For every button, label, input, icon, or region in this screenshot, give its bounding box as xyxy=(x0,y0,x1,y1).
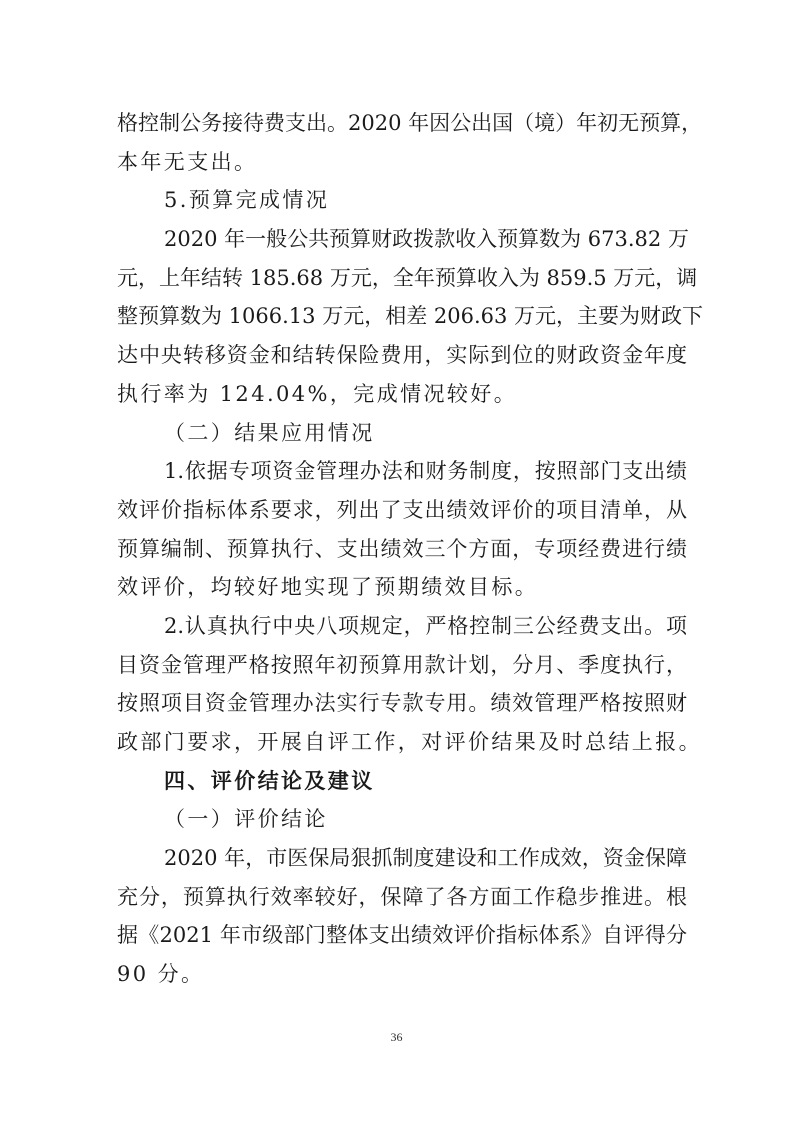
text-line: 2020 年，市医保局狠抓制度建设和工作成效，资金保障 xyxy=(117,839,687,878)
text-line: 政部门要求，开展自评工作，对评价结果及时总结上报。 xyxy=(117,723,687,762)
text-line: 本年无支出。 xyxy=(117,143,687,182)
subsection-heading-evaluation-conclusion: （一）评价结论 xyxy=(117,800,687,839)
document-body: 格控制公务接待费支出。2020 年因公出国（境）年初无预算， 本年无支出。 5.… xyxy=(117,104,687,994)
text-line: 整预算数为 1066.13 万元，相差 206.63 万元，主要为财政下 xyxy=(117,297,687,336)
text-line: 预算编制、预算执行、支出绩效三个方面，专项经费进行绩 xyxy=(117,530,687,569)
text-line: 充分，预算执行效率较好，保障了各方面工作稳步推进。根 xyxy=(117,878,687,917)
text-line: 按照项目资金管理办法实行专款专用。绩效管理严格按照财 xyxy=(117,684,687,723)
text-line: 据《2021 年市级部门整体支出绩效评价指标体系》自评得分 xyxy=(117,916,687,955)
text-line: 达中央转移资金和结转保险费用，实际到位的财政资金年度 xyxy=(117,336,687,375)
text-line: 2020 年一般公共预算财政拨款收入预算数为 673.82 万 xyxy=(117,220,687,259)
text-line: 格控制公务接待费支出。2020 年因公出国（境）年初无预算， xyxy=(117,104,687,143)
text-line: 元，上年结转 185.68 万元，全年预算收入为 859.5 万元，调 xyxy=(117,259,687,298)
text-line: 1.依据专项资金管理办法和财务制度，按照部门支出绩 xyxy=(117,452,687,491)
section-heading-result-application: （二）结果应用情况 xyxy=(117,414,687,453)
text-line: 效评价指标体系要求，列出了支出绩效评价的项目清单，从 xyxy=(117,491,687,530)
text-line: 效评价，均较好地实现了预期绩效目标。 xyxy=(117,568,687,607)
text-line: 目资金管理严格按照年初预算用款计划，分月、季度执行， xyxy=(117,646,687,685)
section-heading-conclusions: 四、评价结论及建议 xyxy=(117,762,687,801)
text-line: 执行率为 124.04%，完成情况较好。 xyxy=(117,375,687,414)
page-number: 36 xyxy=(0,1030,793,1045)
text-line: 2.认真执行中央八项规定，严格控制三公经费支出。项 xyxy=(117,607,687,646)
text-line: 90 分。 xyxy=(117,955,687,994)
section-heading-budget-completion: 5.预算完成情况 xyxy=(117,181,687,220)
